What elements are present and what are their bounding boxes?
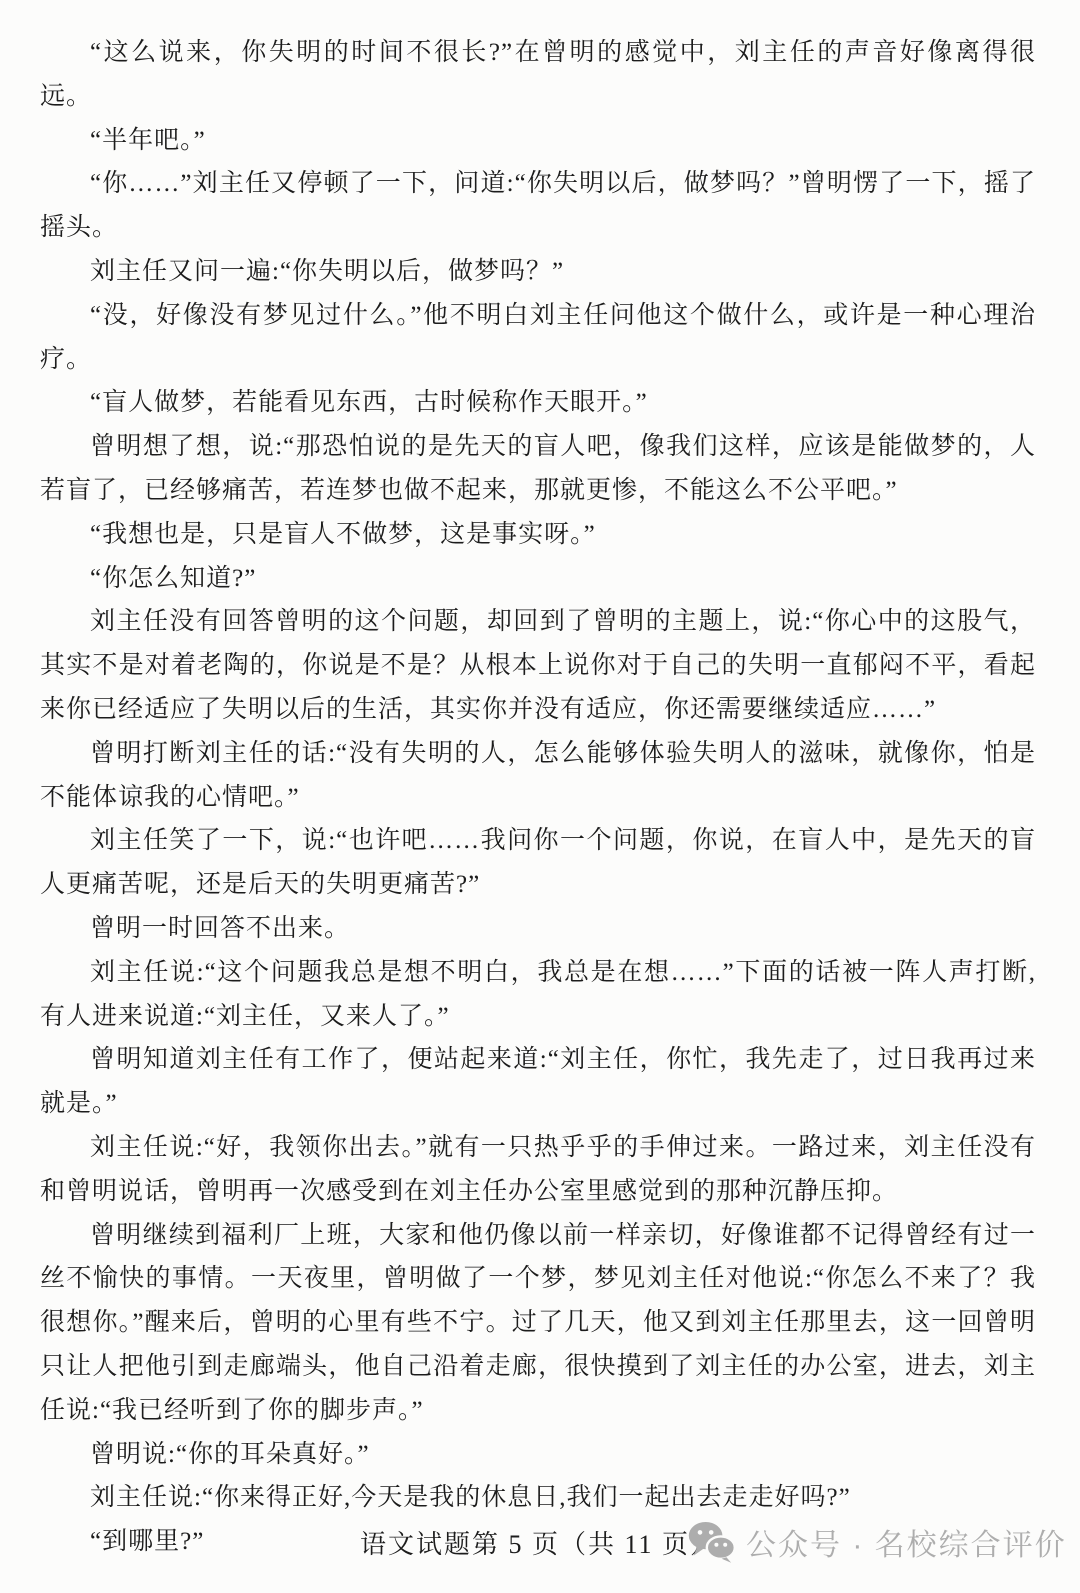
paragraph: 曾明知道刘主任有工作了，便站起来道:“刘主任，你忙，我先走了，过日我再过来就是。… — [40, 1038, 1036, 1126]
paragraph: 刘主任没有回答曾明的这个问题，却回到了曾明的主题上，说:“你心中的这股气，其实不… — [40, 600, 1036, 731]
watermark: 公众号 · 名校综合评价 — [688, 1520, 1067, 1564]
paragraph: “这么说来，你失明的时间不很长?”在曾明的感觉中，刘主任的声音好像离得很远。 — [40, 31, 1036, 119]
wechat-icon — [688, 1521, 736, 1563]
paragraph: 刘主任说:“这个问题我总是想不明白，我总是在想……”下面的话被一阵人声打断,有人… — [40, 951, 1036, 1039]
paragraph: “你怎么知道?” — [40, 557, 1036, 601]
exam-page: “这么说来，你失明的时间不很长?”在曾明的感觉中，刘主任的声音好像离得很远。“半… — [0, 0, 1080, 1593]
paragraph: “你……”刘主任又停顿了一下，问道:“你失明以后，做梦吗？”曾明愣了一下，摇了摇… — [40, 162, 1036, 250]
paragraph: 刘主任又问一遍:“你失明以后，做梦吗？” — [40, 250, 1036, 294]
paragraph: 刘主任说:“你来得正好,今天是我的休息日,我们一起出去走走好吗?” — [40, 1476, 1036, 1520]
paragraph: “我想也是，只是盲人不做梦，这是事实呀。” — [40, 513, 1036, 557]
paragraph: “没，好像没有梦见过什么。”他不明白刘主任问他这个做什么，或许是一种心理治疗。 — [40, 294, 1036, 382]
paragraph: 刘主任说:“好，我领你出去。”就有一只热乎乎的手伸过来。一路过来，刘主任没有和曾… — [40, 1126, 1036, 1214]
paragraph: “盲人做梦，若能看见东西，古时候称作天眼开。” — [40, 381, 1036, 425]
paragraph: 刘主任笑了一下，说:“也许吧……我问你一个问题，你说，在盲人中，是先天的盲人更痛… — [40, 819, 1036, 907]
paragraph: 曾明一时回答不出来。 — [40, 907, 1036, 951]
paragraph: 曾明想了想，说:“那恐怕说的是先天的盲人吧，像我们这样，应该是能做梦的，人若盲了… — [40, 425, 1036, 513]
paragraph: 曾明继续到福利厂上班，大家和他仍像以前一样亲切，好像谁都不记得曾经有过一丝不愉快… — [40, 1214, 1036, 1433]
paragraph: “半年吧。” — [40, 119, 1036, 163]
paragraph: 曾明说:“你的耳朵真好。” — [40, 1433, 1036, 1477]
page-number-label: 语文试题第 5 页（共 11 页） — [360, 1524, 718, 1561]
watermark-text: 公众号 · 名校综合评价 — [746, 1520, 1067, 1564]
paragraph: 曾明打断刘主任的话:“没有失明的人，怎么能够体验失明人的滋味，就像你，怕是不能体… — [40, 732, 1036, 820]
passage: “这么说来，你失明的时间不很长?”在曾明的感觉中，刘主任的声音好像离得很远。“半… — [40, 31, 1036, 1564]
